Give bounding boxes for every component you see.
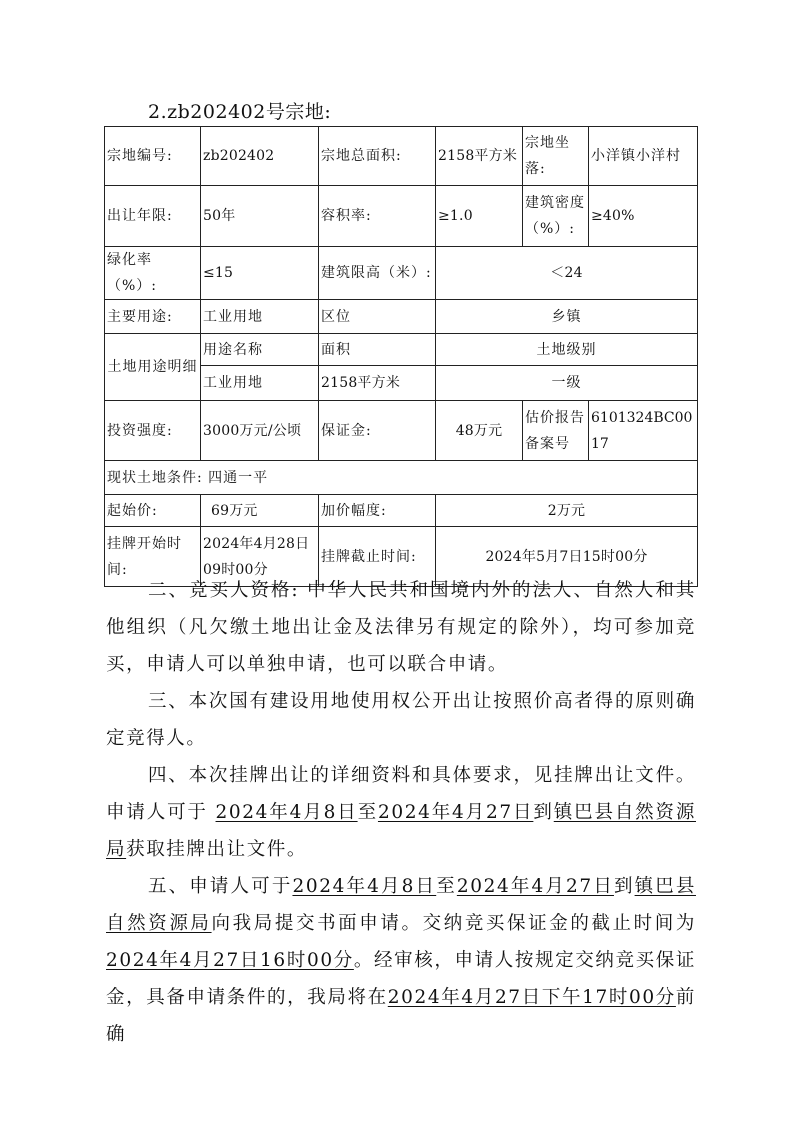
far-value: ≥1.0 — [436, 186, 523, 247]
table-row: 主要用途: 工业用地 区位 乡镇 — [105, 300, 698, 334]
table-row: 土地用途明细 用途名称 面积 土地级别 — [105, 334, 698, 366]
document-body: 二、竞买人资格: 中华人民共和国境内外的法人、自然人和其他组织（凡欠缴土地出让金… — [106, 572, 696, 1053]
total-area-label: 宗地总面积: — [319, 127, 436, 186]
underlined-deadline: 2024年4月27日16时00分 — [106, 950, 354, 971]
land-condition: 现状土地条件: 四通一平 — [105, 461, 698, 495]
text-segment: 到 — [614, 876, 635, 897]
text-segment: 至 — [436, 876, 457, 897]
land-grade-value: 一级 — [436, 366, 698, 401]
investment-label: 投资强度: — [105, 401, 201, 461]
green-ratio-label: 绿化率（%）: — [105, 247, 201, 300]
increment-label: 加价幅度: — [319, 495, 436, 527]
parcel-no-value: zb202402 — [201, 127, 319, 186]
table-row: 投资强度: 3000万元/公顷 保证金: 48万元 估价报告备案号 610132… — [105, 401, 698, 461]
underlined-date: 2024年4月8日 — [292, 876, 436, 897]
deposit-label: 保证金: — [319, 401, 436, 461]
main-use-label: 主要用途: — [105, 300, 201, 334]
start-price-label: 起始价: — [105, 495, 201, 527]
table-row: 现状土地条件: 四通一平 — [105, 461, 698, 495]
start-price-value: 69万元 — [201, 495, 319, 527]
location-label: 宗地坐落: — [523, 127, 589, 186]
bidder-qualification-paragraph: 二、竞买人资格: 中华人民共和国境内外的法人、自然人和其他组织（凡欠缴土地出让金… — [106, 572, 696, 683]
land-grade-header: 土地级别 — [436, 334, 698, 366]
investment-value: 3000万元/公顷 — [201, 401, 319, 461]
area-header: 面积 — [319, 334, 436, 366]
underlined-deadline: 2024年4月27日下午17时00分 — [388, 987, 676, 1008]
application-paragraph: 五、申请人可于2024年4月8日至2024年4月27日到镇巴县自然资源局向我局提… — [106, 868, 696, 1053]
main-use-value: 工业用地 — [201, 300, 319, 334]
height-limit-value: ＜24 — [436, 247, 698, 300]
underlined-date: 2024年4月8日 — [216, 802, 358, 823]
underlined-date: 2024年4月27日 — [457, 876, 614, 897]
table-row: 宗地编号: zb202402 宗地总面积: 2158平方米 宗地坐落: 小洋镇小… — [105, 127, 698, 186]
area-value: 2158平方米 — [319, 366, 436, 401]
use-name-value: 工业用地 — [201, 366, 319, 401]
location-value: 小洋镇小洋村 — [589, 127, 698, 186]
table-row: 起始价: 69万元 加价幅度: 2万元 — [105, 495, 698, 527]
text-segment: 五、申请人可于 — [148, 876, 292, 897]
table-row: 出让年限: 50年 容积率: ≥1.0 建筑密度（%）: ≥40% — [105, 186, 698, 247]
height-limit-label: 建筑限高（米）: — [319, 247, 436, 300]
term-label: 出让年限: — [105, 186, 201, 247]
zone-value: 乡镇 — [436, 300, 698, 334]
listing-documents-paragraph: 四、本次挂牌出让的详细资料和具体要求，见挂牌出让文件。申请人可于 2024年4月… — [106, 757, 696, 868]
table-row: 绿化率（%）: ≤15 建筑限高（米）: ＜24 — [105, 247, 698, 300]
deposit-value: 48万元 — [436, 401, 523, 461]
total-area-value: 2158平方米 — [436, 127, 523, 186]
parcel-heading: 2.zb202402号宗地: — [148, 100, 331, 124]
far-label: 容积率: — [319, 186, 436, 247]
density-value: ≥40% — [589, 186, 698, 247]
zone-label: 区位 — [319, 300, 436, 334]
term-value: 50年 — [201, 186, 319, 247]
parcel-info-table: 宗地编号: zb202402 宗地总面积: 2158平方米 宗地坐落: 小洋镇小… — [104, 126, 698, 587]
use-name-header: 用途名称 — [201, 334, 319, 366]
text-segment: 获取挂牌出让文件。 — [126, 839, 307, 860]
density-label: 建筑密度（%）: — [523, 186, 589, 247]
appraisal-no-value: 6101324BC0017 — [589, 401, 698, 461]
award-principle-paragraph: 三、本次国有建设用地使用权公开出让按照价高者得的原则确定竞得人。 — [106, 683, 696, 757]
green-ratio-value: ≤15 — [201, 247, 319, 300]
appraisal-no-label: 估价报告备案号 — [523, 401, 589, 461]
increment-value: 2万元 — [436, 495, 698, 527]
text-segment: 到 — [533, 802, 553, 823]
land-use-detail-label: 土地用途明细 — [105, 334, 201, 401]
parcel-no-label: 宗地编号: — [105, 127, 201, 186]
underlined-date: 2024年4月27日 — [378, 802, 533, 823]
text-segment: 向我局提交书面申请。交纳竞买保证金的截止时间为 — [212, 913, 696, 934]
text-segment: 至 — [358, 802, 378, 823]
